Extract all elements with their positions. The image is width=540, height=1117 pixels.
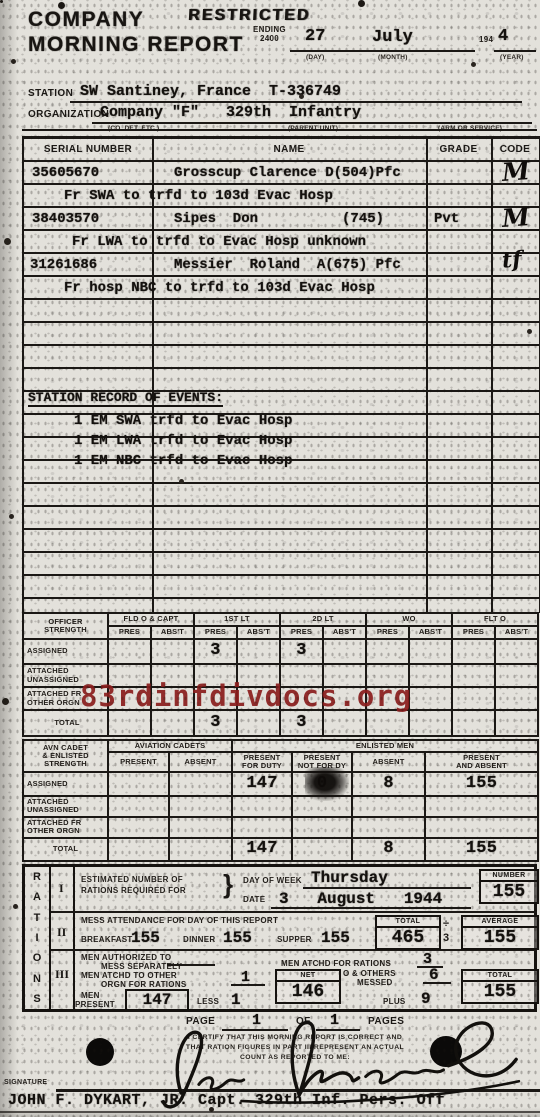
average-value: 155 bbox=[463, 928, 537, 948]
officer-group-1stlt: 1ST LT bbox=[194, 613, 280, 626]
empty-cell bbox=[323, 639, 366, 665]
empty-cell bbox=[495, 664, 538, 687]
empty-cell bbox=[409, 687, 452, 710]
roster-divider-1 bbox=[152, 139, 154, 613]
rations-i-label-line2: RATIONS REQUIRED FOR bbox=[81, 886, 186, 895]
officer-sub-pres-2: PRES bbox=[194, 626, 237, 639]
empty-cell bbox=[292, 817, 352, 838]
enlisted-col-pfd-line2: FOR DUTY bbox=[233, 762, 291, 770]
empty-cell bbox=[452, 710, 495, 736]
empty-cell bbox=[169, 817, 232, 838]
roster-table: SERIAL NUMBER NAME GRADE CODE 35605670 G… bbox=[22, 136, 540, 613]
auth-mess-blank bbox=[167, 956, 215, 966]
officer-group-flto: FLT O bbox=[452, 613, 538, 626]
average-label: AVERAGE bbox=[463, 917, 537, 928]
empty-cell bbox=[366, 639, 409, 665]
empty-cell bbox=[232, 817, 292, 838]
empty-cell bbox=[232, 796, 292, 817]
empty-cell bbox=[151, 639, 194, 665]
roster-top-double-rule bbox=[22, 129, 537, 131]
atchd-for-rations-label: MEN ATCHD FOR RATIONS bbox=[281, 959, 391, 968]
men-present-label-line2: PRESENT bbox=[75, 1000, 115, 1009]
ending-time: 2400 bbox=[253, 34, 286, 43]
event-line-2: 1 EM LWA trfd to Evac Hosp bbox=[74, 433, 292, 449]
atchd-other-underline bbox=[231, 984, 265, 986]
net-box: NET 146 bbox=[275, 969, 341, 1004]
day-sublabel: (DAY) bbox=[306, 54, 324, 61]
entry3-name: Messier Roland A(675) Pfc bbox=[174, 257, 401, 273]
empty-cell bbox=[108, 772, 169, 795]
roster-col-name: NAME bbox=[152, 144, 426, 155]
enlisted-col-pa-line2: AND ABSENT bbox=[426, 762, 537, 770]
enlisted-corner-cell: AVN CADET & ENLISTED STRENGTH bbox=[23, 740, 108, 772]
empty-cell bbox=[452, 664, 495, 687]
roster-divider-3 bbox=[491, 139, 493, 613]
date-underline2 bbox=[271, 907, 471, 909]
roster-col-code: CODE bbox=[491, 144, 539, 155]
officer-assigned-2dlt-pres: 3 bbox=[280, 639, 323, 665]
empty-cell bbox=[495, 710, 538, 736]
empty-cell bbox=[366, 710, 409, 736]
enlisted-row-total: TOTAL bbox=[23, 838, 108, 861]
others-messed-label-line1: O & OTHERS bbox=[343, 969, 396, 978]
date-underline bbox=[290, 50, 475, 52]
station-value: SW Santiney, France T-336749 bbox=[80, 83, 341, 100]
rations-i-label-line1: ESTIMATED NUMBER OF bbox=[81, 875, 183, 884]
rations-letter: O bbox=[33, 952, 42, 964]
section-numeral-i: I bbox=[59, 881, 64, 896]
empty-cell bbox=[323, 710, 366, 736]
section-numeral-iii: III bbox=[55, 967, 69, 982]
enlisted-assigned-pnfd: 0 bbox=[292, 772, 352, 795]
empty-cell bbox=[495, 639, 538, 665]
ending-label: ENDING 2400 bbox=[253, 25, 286, 43]
report-day: 27 bbox=[305, 27, 325, 46]
signature-script bbox=[118, 1001, 531, 1115]
event-line-1: 1 EM SWA trfd to Evac Hosp bbox=[74, 413, 292, 429]
empty-cell bbox=[425, 796, 538, 817]
officer-group-2dlt: 2D LT bbox=[280, 613, 366, 626]
section-divider-1 bbox=[51, 911, 537, 913]
organization-label: ORGANIZATION bbox=[28, 109, 109, 120]
men-present-label-line1: MEN bbox=[81, 991, 100, 1000]
atchd-other-label-line1: MEN ATCHD TO OTHER bbox=[81, 971, 177, 980]
divide-by-three: ÷ 3 bbox=[443, 917, 449, 946]
signature-stroke bbox=[199, 1077, 244, 1090]
empty-cell bbox=[108, 817, 169, 838]
empty-cell bbox=[169, 796, 232, 817]
officer-row-total: TOTAL bbox=[23, 710, 108, 736]
hole-punch-left bbox=[86, 1038, 114, 1066]
empty-cell bbox=[108, 838, 169, 861]
form-title-line2: MORNING REPORT bbox=[28, 33, 244, 57]
section-numeral-ii: II bbox=[57, 925, 66, 940]
enlisted-col-present: PRESENT bbox=[108, 752, 169, 773]
empty-cell bbox=[169, 772, 232, 795]
enlisted-assigned-present-absent: 155 bbox=[425, 772, 538, 795]
entry2-serial: 38403570 bbox=[32, 211, 99, 227]
number-box: NUMBER 155 bbox=[479, 869, 539, 904]
roster-col-serial: SERIAL NUMBER bbox=[24, 144, 152, 155]
entry3-code: tf bbox=[501, 246, 522, 273]
year-underline bbox=[494, 50, 536, 52]
empty-cell bbox=[237, 710, 280, 736]
officer-sub-pres-5: PRES bbox=[452, 626, 495, 639]
net-label: NET bbox=[277, 971, 339, 982]
enlisted-col-present-for-duty: PRESENT FOR DUTY bbox=[232, 752, 292, 773]
less-label: LESS bbox=[197, 997, 219, 1006]
others-messed-label-line2: MESSED bbox=[357, 978, 393, 987]
men-present-value: 147 bbox=[143, 991, 172, 1009]
entry3-serial: 31261686 bbox=[30, 257, 97, 273]
number-box-label: NUMBER bbox=[481, 871, 537, 882]
brace-glyph: } bbox=[223, 869, 233, 900]
empty-cell bbox=[108, 639, 151, 665]
rations-vertical-label: R A T I O N S bbox=[25, 867, 51, 1009]
rations-letter: N bbox=[33, 973, 41, 985]
entry1-name: Grosscup Clarence D(504)Pfc bbox=[174, 165, 401, 181]
rations-numeral-column: I II III bbox=[51, 867, 75, 1009]
empty-cell bbox=[409, 664, 452, 687]
year-sublabel: (YEAR) bbox=[500, 54, 524, 61]
officer-sub-abst-1: ABS'T bbox=[151, 626, 194, 639]
entry1-serial: 35605670 bbox=[32, 165, 99, 181]
men-present-box: 147 bbox=[125, 989, 189, 1011]
signature-stroke bbox=[447, 1022, 517, 1077]
enlisted-total-present-absent: 155 bbox=[425, 838, 538, 861]
roster-divider-2 bbox=[426, 139, 428, 613]
officer-assigned-1stlt-pres: 3 bbox=[194, 639, 237, 665]
officer-corner-cell: OFFICER STRENGTH bbox=[23, 613, 108, 639]
signature-stroke bbox=[161, 1032, 204, 1107]
enlisted-col-absent: ABSENT bbox=[352, 752, 425, 773]
rations-letter: T bbox=[34, 912, 41, 924]
number-box-value: 155 bbox=[481, 882, 537, 902]
officer-group-fldo-capt: FLD O & CAPT bbox=[108, 613, 194, 626]
rations-section: R A T I O N S I II III ESTIMATED NUMBER … bbox=[22, 864, 537, 1012]
others-messed-underline bbox=[423, 982, 451, 984]
officer-group-wo: WO bbox=[366, 613, 452, 626]
enlisted-row-attached-unassigned: ATTACHED UNASSIGNED bbox=[23, 796, 108, 817]
mess-total-label: TOTAL bbox=[377, 917, 439, 928]
empty-cell bbox=[237, 639, 280, 665]
empty-cell bbox=[452, 687, 495, 710]
mess-attendance-title: MESS ATTENDANCE FOR DAY OF THIS REPORT bbox=[81, 916, 278, 925]
events-title: STATION RECORD OF EVENTS: bbox=[28, 390, 223, 407]
month-sublabel: (MONTH) bbox=[378, 54, 408, 61]
enlisted-assigned-pfd: 147 bbox=[232, 772, 292, 795]
watermark: 83rdinfdivdocs.org bbox=[80, 679, 412, 713]
net-value: 146 bbox=[277, 982, 339, 1002]
entry2-name: Sipes Don (745) bbox=[174, 211, 384, 227]
officer-sub-abst-2: ABS'T bbox=[237, 626, 280, 639]
officer-sub-pres-1: PRES bbox=[108, 626, 151, 639]
enlisted-group-aviation-cadets: AVIATION CADETS bbox=[108, 740, 232, 752]
empty-cell bbox=[352, 817, 425, 838]
scan-speckles bbox=[0, 0, 3, 3]
enlisted-group-enlisted-men: ENLISTED MEN bbox=[232, 740, 538, 752]
supper-label: SUPPER bbox=[277, 935, 312, 944]
entry2-code: M bbox=[501, 202, 531, 233]
date-label: DATE bbox=[243, 895, 265, 904]
enlisted-row-attached-fr-other: ATTACHED FR OTHER ORGN bbox=[23, 817, 108, 838]
report-month: July bbox=[372, 28, 413, 47]
officer-total-2dlt-pres: 3 bbox=[280, 710, 323, 736]
report-year: 4 bbox=[498, 27, 508, 46]
organization-value: Company "F" 329th Infantry bbox=[100, 104, 361, 121]
date-value: 3 August 1944 bbox=[279, 890, 442, 908]
ink-blot bbox=[305, 767, 349, 801]
event-line-3: 1 EM NBC trfd to Evac Hosp bbox=[74, 453, 292, 469]
enlisted-row-assigned: ASSIGNED bbox=[23, 772, 108, 795]
enlisted-row3-line2: OTHER ORGN bbox=[27, 827, 107, 835]
enlisted-total-pfd: 147 bbox=[232, 838, 292, 861]
enlisted-col-absent-ac: ABSENT bbox=[169, 752, 232, 773]
breakfast-label: BREAKFAST bbox=[81, 935, 133, 944]
rations-letter: S bbox=[33, 993, 40, 1005]
entry2-detail: Fr LWA to trfd to Evac Hosp unknown bbox=[72, 234, 366, 250]
rations-total-value: 155 bbox=[463, 982, 537, 1002]
atchd-other-label-line2: ORGN FOR RATIONS bbox=[101, 980, 187, 989]
day-of-week-label: DAY OF WEEK bbox=[243, 876, 302, 885]
divide-by: 3 bbox=[443, 931, 449, 945]
signature-label: SIGNATURE bbox=[4, 1079, 47, 1087]
officer-sub-abst-5: ABS'T bbox=[495, 626, 538, 639]
enlisted-col-present-and-absent: PRESENT AND ABSENT bbox=[425, 752, 538, 773]
enlisted-corner-line3: STRENGTH bbox=[24, 760, 107, 768]
supper-value: 155 bbox=[321, 929, 350, 947]
enlisted-assigned-absent: 8 bbox=[352, 772, 425, 795]
enlisted-total-absent: 8 bbox=[352, 838, 425, 861]
year-prefix: 194 bbox=[479, 35, 493, 44]
day-of-week-value: Thursday bbox=[311, 869, 388, 887]
empty-cell bbox=[169, 838, 232, 861]
entry1-detail: Fr SWA to trfd to 103d Evac Hosp bbox=[64, 188, 333, 204]
officer-corner-line2: STRENGTH bbox=[24, 626, 107, 634]
entry1-code: M bbox=[501, 156, 531, 187]
empty-cell bbox=[452, 639, 495, 665]
mess-total-value: 465 bbox=[377, 928, 439, 948]
average-box: AVERAGE 155 bbox=[461, 915, 539, 950]
bottom-edge-rule bbox=[0, 1111, 540, 1113]
empty-cell bbox=[425, 817, 538, 838]
officer-sub-abst-4: ABS'T bbox=[409, 626, 452, 639]
rations-letter: R bbox=[33, 871, 41, 883]
divide-sign: ÷ bbox=[443, 917, 449, 931]
rations-letter: A bbox=[33, 891, 41, 903]
ending-word: ENDING bbox=[253, 25, 286, 34]
organization-underline bbox=[92, 122, 532, 124]
less-value: 1 bbox=[231, 991, 241, 1009]
officer-row-assigned: ASSIGNED bbox=[23, 639, 108, 665]
rations-total-box: TOTAL 155 bbox=[461, 969, 539, 1004]
empty-cell bbox=[352, 796, 425, 817]
enlisted-row2-line2: UNASSIGNED bbox=[27, 806, 107, 814]
empty-cell bbox=[151, 710, 194, 736]
enlisted-strength-table: AVN CADET & ENLISTED STRENGTH AVIATION C… bbox=[22, 739, 539, 862]
restricted-stamp: RESTRICTED bbox=[188, 7, 311, 25]
entry2-grade: Pvt bbox=[434, 211, 459, 227]
signature-stroke bbox=[365, 1069, 443, 1084]
station-underline bbox=[70, 101, 522, 103]
empty-cell bbox=[108, 796, 169, 817]
empty-cell bbox=[108, 710, 151, 736]
mess-total-box: TOTAL 465 bbox=[375, 915, 441, 950]
auth-mess-label-line1: MEN AUTHORIZED TO bbox=[81, 953, 171, 962]
officer-strength-table: OFFICER STRENGTH FLD O & CAPT 1ST LT 2D … bbox=[22, 612, 539, 737]
form-title-line1: COMPANY bbox=[28, 8, 144, 32]
station-label: STATION bbox=[28, 88, 73, 99]
empty-cell bbox=[292, 838, 352, 861]
rations-letter: I bbox=[35, 932, 38, 944]
officer-sub-pres-4: PRES bbox=[366, 626, 409, 639]
morning-report-scan: COMPANY MORNING REPORT RESTRICTED ENDING… bbox=[0, 0, 540, 1117]
day-of-week-underline bbox=[303, 887, 471, 889]
empty-cell bbox=[495, 687, 538, 710]
officer-total-1stlt-pres: 3 bbox=[194, 710, 237, 736]
officer-sub-pres-3: PRES bbox=[280, 626, 323, 639]
empty-cell bbox=[409, 639, 452, 665]
dinner-label: DINNER bbox=[183, 935, 215, 944]
rations-total-label: TOTAL bbox=[463, 971, 537, 982]
officer-sub-abst-3: ABS'T bbox=[323, 626, 366, 639]
signature-stroke bbox=[291, 1021, 359, 1095]
breakfast-value: 155 bbox=[131, 929, 160, 947]
roster-col-grade: GRADE bbox=[426, 144, 491, 155]
signature-flourish bbox=[241, 1081, 519, 1105]
dinner-value: 155 bbox=[223, 929, 252, 947]
entry3-detail: Fr hosp NBC to trfd to 103d Evac Hosp bbox=[64, 280, 375, 296]
empty-cell bbox=[409, 710, 452, 736]
